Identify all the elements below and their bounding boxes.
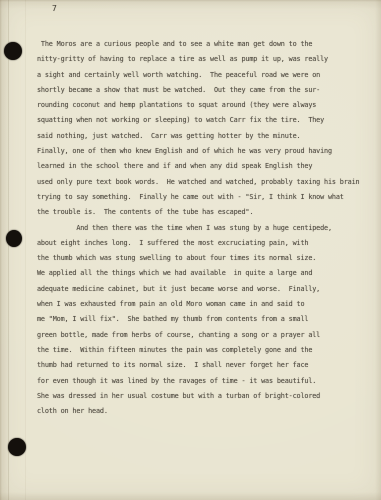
text-line: Finally, one of them who knew English an… [37,144,377,159]
paper-crease-line-faint [25,0,26,500]
page-number: 7 [52,4,57,13]
text-line: squatting when not working or sleeping) … [37,113,377,128]
typed-text-block: The Moros are a curious people and to se… [37,37,377,419]
paper-crease-line [8,0,9,500]
text-line: cloth on her head. [37,404,377,419]
text-line: adequate medicine cabinet, but it just b… [37,282,377,297]
text-line: when I was exhausted from pain an old Mo… [37,297,377,312]
text-line: said nothing, just watched. Carr was get… [37,129,377,144]
text-line: the thumb which was stung swelling to ab… [37,251,377,266]
text-line: rounding coconut and hemp plantations to… [37,98,377,113]
text-line: We applied all the things which we had a… [37,266,377,281]
hole-punch-bottom [8,438,26,456]
text-line: green bottle, made from herbs of course,… [37,328,377,343]
text-line: The Moros are a curious people and to se… [37,37,377,52]
text-line: And then there was the time when I was s… [37,221,377,236]
hole-punch-middle [6,230,22,247]
text-line: a sight and certainly well worth watchin… [37,68,377,83]
hole-punch-top [4,42,22,60]
text-line: nitty-gritty of having to replace a tire… [37,52,377,67]
text-line: the trouble is. The contents of the tube… [37,205,377,220]
text-line: She was dressed in her usual costume but… [37,389,377,404]
text-line: thumb had returned to its normal size. I… [37,358,377,373]
text-line: learned in the school there and if and w… [37,159,377,174]
text-line: the time. Within fifteen minutes the pai… [37,343,377,358]
text-line: trying to say something. Finally he came… [37,190,377,205]
text-line: about eight inches long. I suffered the … [37,236,377,251]
text-line: shortly became a show that must be watch… [37,83,377,98]
scanned-page: 7 The Moros are a curious people and to … [0,0,381,500]
text-line: me "Mom, I will fix". She bathed my thum… [37,312,377,327]
text-line: used only pure text book words. He watch… [37,175,377,190]
text-line: for even though it was lined by the rava… [37,374,377,389]
